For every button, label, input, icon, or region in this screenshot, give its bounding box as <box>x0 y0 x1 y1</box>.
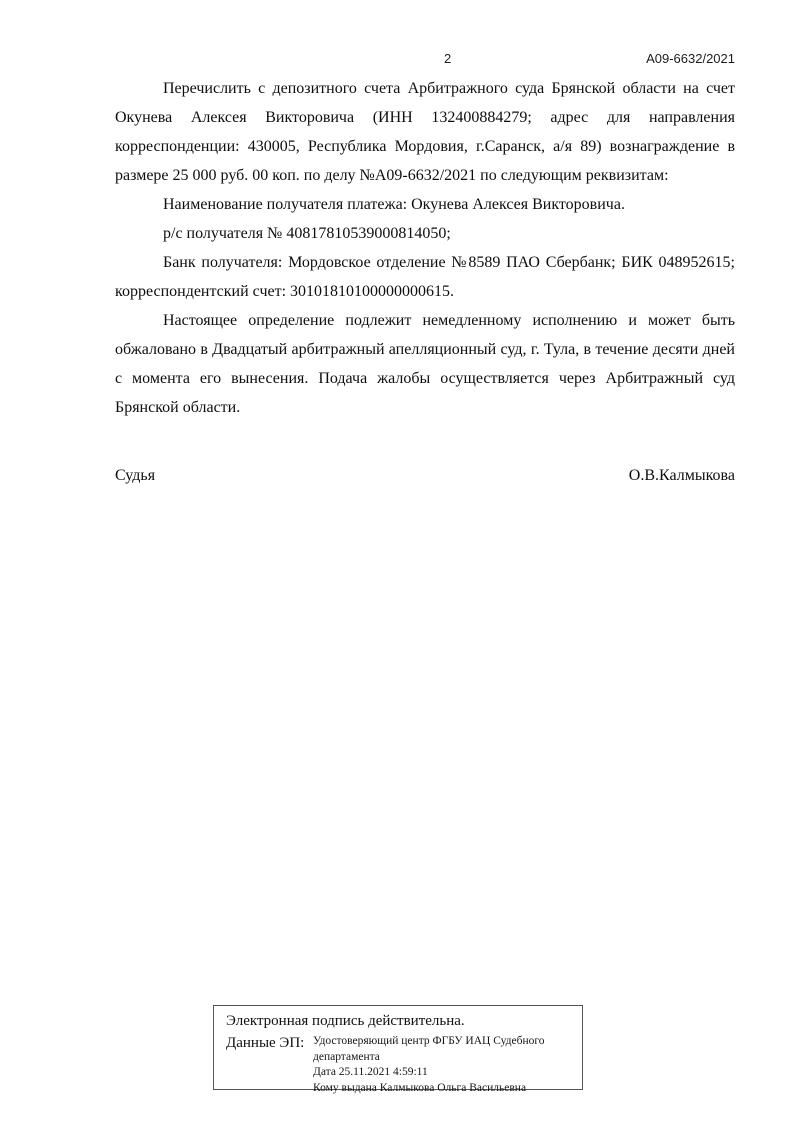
body-line: Брянской области. <box>115 393 735 422</box>
stamp-detail-line: Кому выдана Калмыкова Ольга Васильевна <box>313 1081 569 1097</box>
body-line: Перечислить с депозитного счета Арбитраж… <box>115 74 735 103</box>
body-line: корреспонденции: 430005, Республика Морд… <box>115 132 735 161</box>
body-line: корреспондентский счет: 3010181010000000… <box>115 277 735 306</box>
stamp-title: Электронная подпись действительна. <box>226 1012 572 1031</box>
signature-row: Судья О.В.Калмыкова <box>115 461 735 490</box>
body-line: Настоящее определение подлежит немедленн… <box>115 306 735 335</box>
stamp-details: Удостоверяющий центр ФГБУ ИАЦ Судебного … <box>313 1034 569 1096</box>
body-line: с момента его вынесения. Подача жалобы о… <box>115 364 735 393</box>
electronic-signature-stamp: Электронная подпись действительна. Данны… <box>213 1005 583 1090</box>
stamp-detail-line: Дата 25.11.2021 4:59:11 <box>313 1065 569 1081</box>
body-line: обжаловано в Двадцатый арбитражный апелл… <box>115 335 735 364</box>
case-number: А09-6632/2021 <box>646 51 735 66</box>
body-line: размере 25 000 руб. 00 коп. по делу №А09… <box>115 161 735 190</box>
body-line: Окунева Алексея Викторовича (ИНН 1324008… <box>115 103 735 132</box>
judge-role-label: Судья <box>115 461 155 490</box>
page-number: 2 <box>444 51 451 66</box>
body-line: Банк получателя: Мордовское отделение №8… <box>115 248 735 277</box>
body-line: р/с получателя № 40817810539000814050; <box>115 219 735 248</box>
judge-name: О.В.Калмыкова <box>629 461 735 490</box>
stamp-detail-line: Удостоверяющий центр ФГБУ ИАЦ Судебного … <box>313 1034 569 1065</box>
document-body: Перечислить с депозитного счета Арбитраж… <box>115 74 735 422</box>
body-line: Наименование получателя платежа: Окунева… <box>115 190 735 219</box>
document-page: 2 А09-6632/2021 Перечислить с депозитног… <box>0 0 800 1131</box>
stamp-row: Данные ЭП: Удостоверяющий центр ФГБУ ИАЦ… <box>226 1034 572 1096</box>
page-header: 2 А09-6632/2021 <box>115 51 735 67</box>
stamp-label: Данные ЭП: <box>226 1034 313 1096</box>
